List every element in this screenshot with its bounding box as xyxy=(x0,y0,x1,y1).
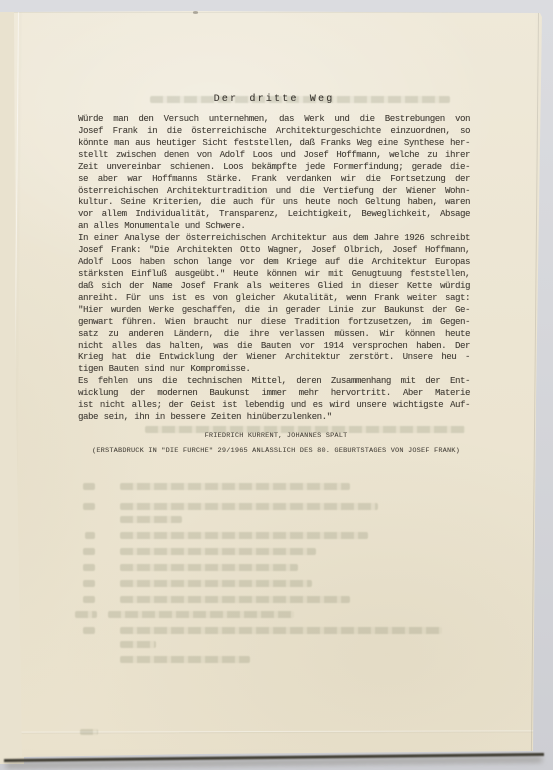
paper-page: Der dritte Weg Würde man den Versuch unt… xyxy=(0,0,553,770)
show-through-mark xyxy=(120,596,350,603)
scanned-document: Der dritte Weg Würde man den Versuch unt… xyxy=(0,0,553,770)
body-line: wicklung der modernen Baukunst immer meh… xyxy=(78,388,470,400)
show-through-mark xyxy=(120,483,350,490)
page-top-edge xyxy=(14,12,540,13)
body-line: vor allem Individualität, Transparenz, L… xyxy=(78,209,470,221)
body-line: stellt zwischen denen von Adolf Loos und… xyxy=(78,150,470,162)
body-line: Josef Frank: "Die Architekten Otto Wagne… xyxy=(78,245,470,257)
show-through-mark xyxy=(83,564,95,571)
show-through-mark xyxy=(120,532,368,539)
body-line: In einer Analyse der österreichischen Ar… xyxy=(78,233,470,245)
show-through-mark xyxy=(120,580,312,587)
body-line: gabe sein, ihn in bessere Zeiten hinüber… xyxy=(78,412,470,424)
show-through-mark xyxy=(120,503,378,510)
credit-authors: FRIEDRICH KURRENT, JOHANNES SPALT xyxy=(78,432,474,440)
show-through-mark xyxy=(83,627,95,634)
show-through-mark xyxy=(75,611,97,618)
body-line: Würde man den Versuch unternehmen, das W… xyxy=(78,114,470,126)
body-line: Josef Frank in die österreichische Archi… xyxy=(78,126,470,138)
show-through-mark xyxy=(108,611,294,618)
show-through-mark xyxy=(120,656,250,663)
body-text: Würde man den Versuch unternehmen, das W… xyxy=(78,114,470,424)
body-line: se aber war Hoffmanns Stärke. Frank verd… xyxy=(78,174,470,186)
credit-first-printing: (ERSTABDRUCK IN "DIE FURCHE" 29/1965 ANL… xyxy=(78,447,474,455)
body-line: nicht alles das halten, was die Bauten v… xyxy=(78,341,470,353)
body-line: "Hier wurden Werke geschaffen, die in ge… xyxy=(78,305,470,317)
show-through-mark xyxy=(120,627,442,634)
body-line: genwart führen. Wien braucht nur diese T… xyxy=(78,317,470,329)
body-line: ist nicht alles; der Geist ist lebendig … xyxy=(78,400,470,412)
show-through-mark xyxy=(120,641,156,648)
show-through-mark xyxy=(83,596,95,603)
show-through-mark xyxy=(120,516,182,523)
body-line: stärksten Einfluß ausgeübt." Heute könne… xyxy=(78,269,470,281)
show-through-mark xyxy=(83,548,95,555)
body-line: daß sich der Name Josef Frank als weiter… xyxy=(78,281,470,293)
body-line: satz zu anderen Ländern, die ihre verlas… xyxy=(78,329,470,341)
body-line: Es fehlen uns die technischen Mittel, de… xyxy=(78,376,470,388)
body-line: tigen Bauten sind nur Kompromisse. xyxy=(78,364,470,376)
show-through-mark xyxy=(83,503,95,510)
paper-speck xyxy=(193,11,198,14)
page-right-edge xyxy=(531,13,539,752)
body-line: Krieg hat die Entwicklung der Wiener Arc… xyxy=(78,352,470,364)
body-line: Adolf Loos haben schon lange vor dem Kri… xyxy=(78,257,470,269)
body-line: an alles Monumentale und Schwere. xyxy=(78,221,470,233)
show-through-mark xyxy=(120,564,298,571)
show-through-mark xyxy=(85,532,95,539)
body-line: österreichischen Architekturtradition un… xyxy=(78,186,470,198)
show-through-mark xyxy=(80,729,98,735)
show-through-mark xyxy=(83,483,95,490)
show-through-mark xyxy=(83,580,95,587)
body-line: könnte man aus heutiger Sicht feststelle… xyxy=(78,138,470,150)
body-line: kultur. Seine Kriterien, die auch für un… xyxy=(78,197,470,209)
body-line: anreiht. Für uns ist es von gleicher Aku… xyxy=(78,293,470,305)
page-title: Der dritte Weg xyxy=(78,94,470,105)
body-line: Zeit unvereinbar schienen. Loos bekämpft… xyxy=(78,162,470,174)
show-through-mark xyxy=(120,548,316,555)
